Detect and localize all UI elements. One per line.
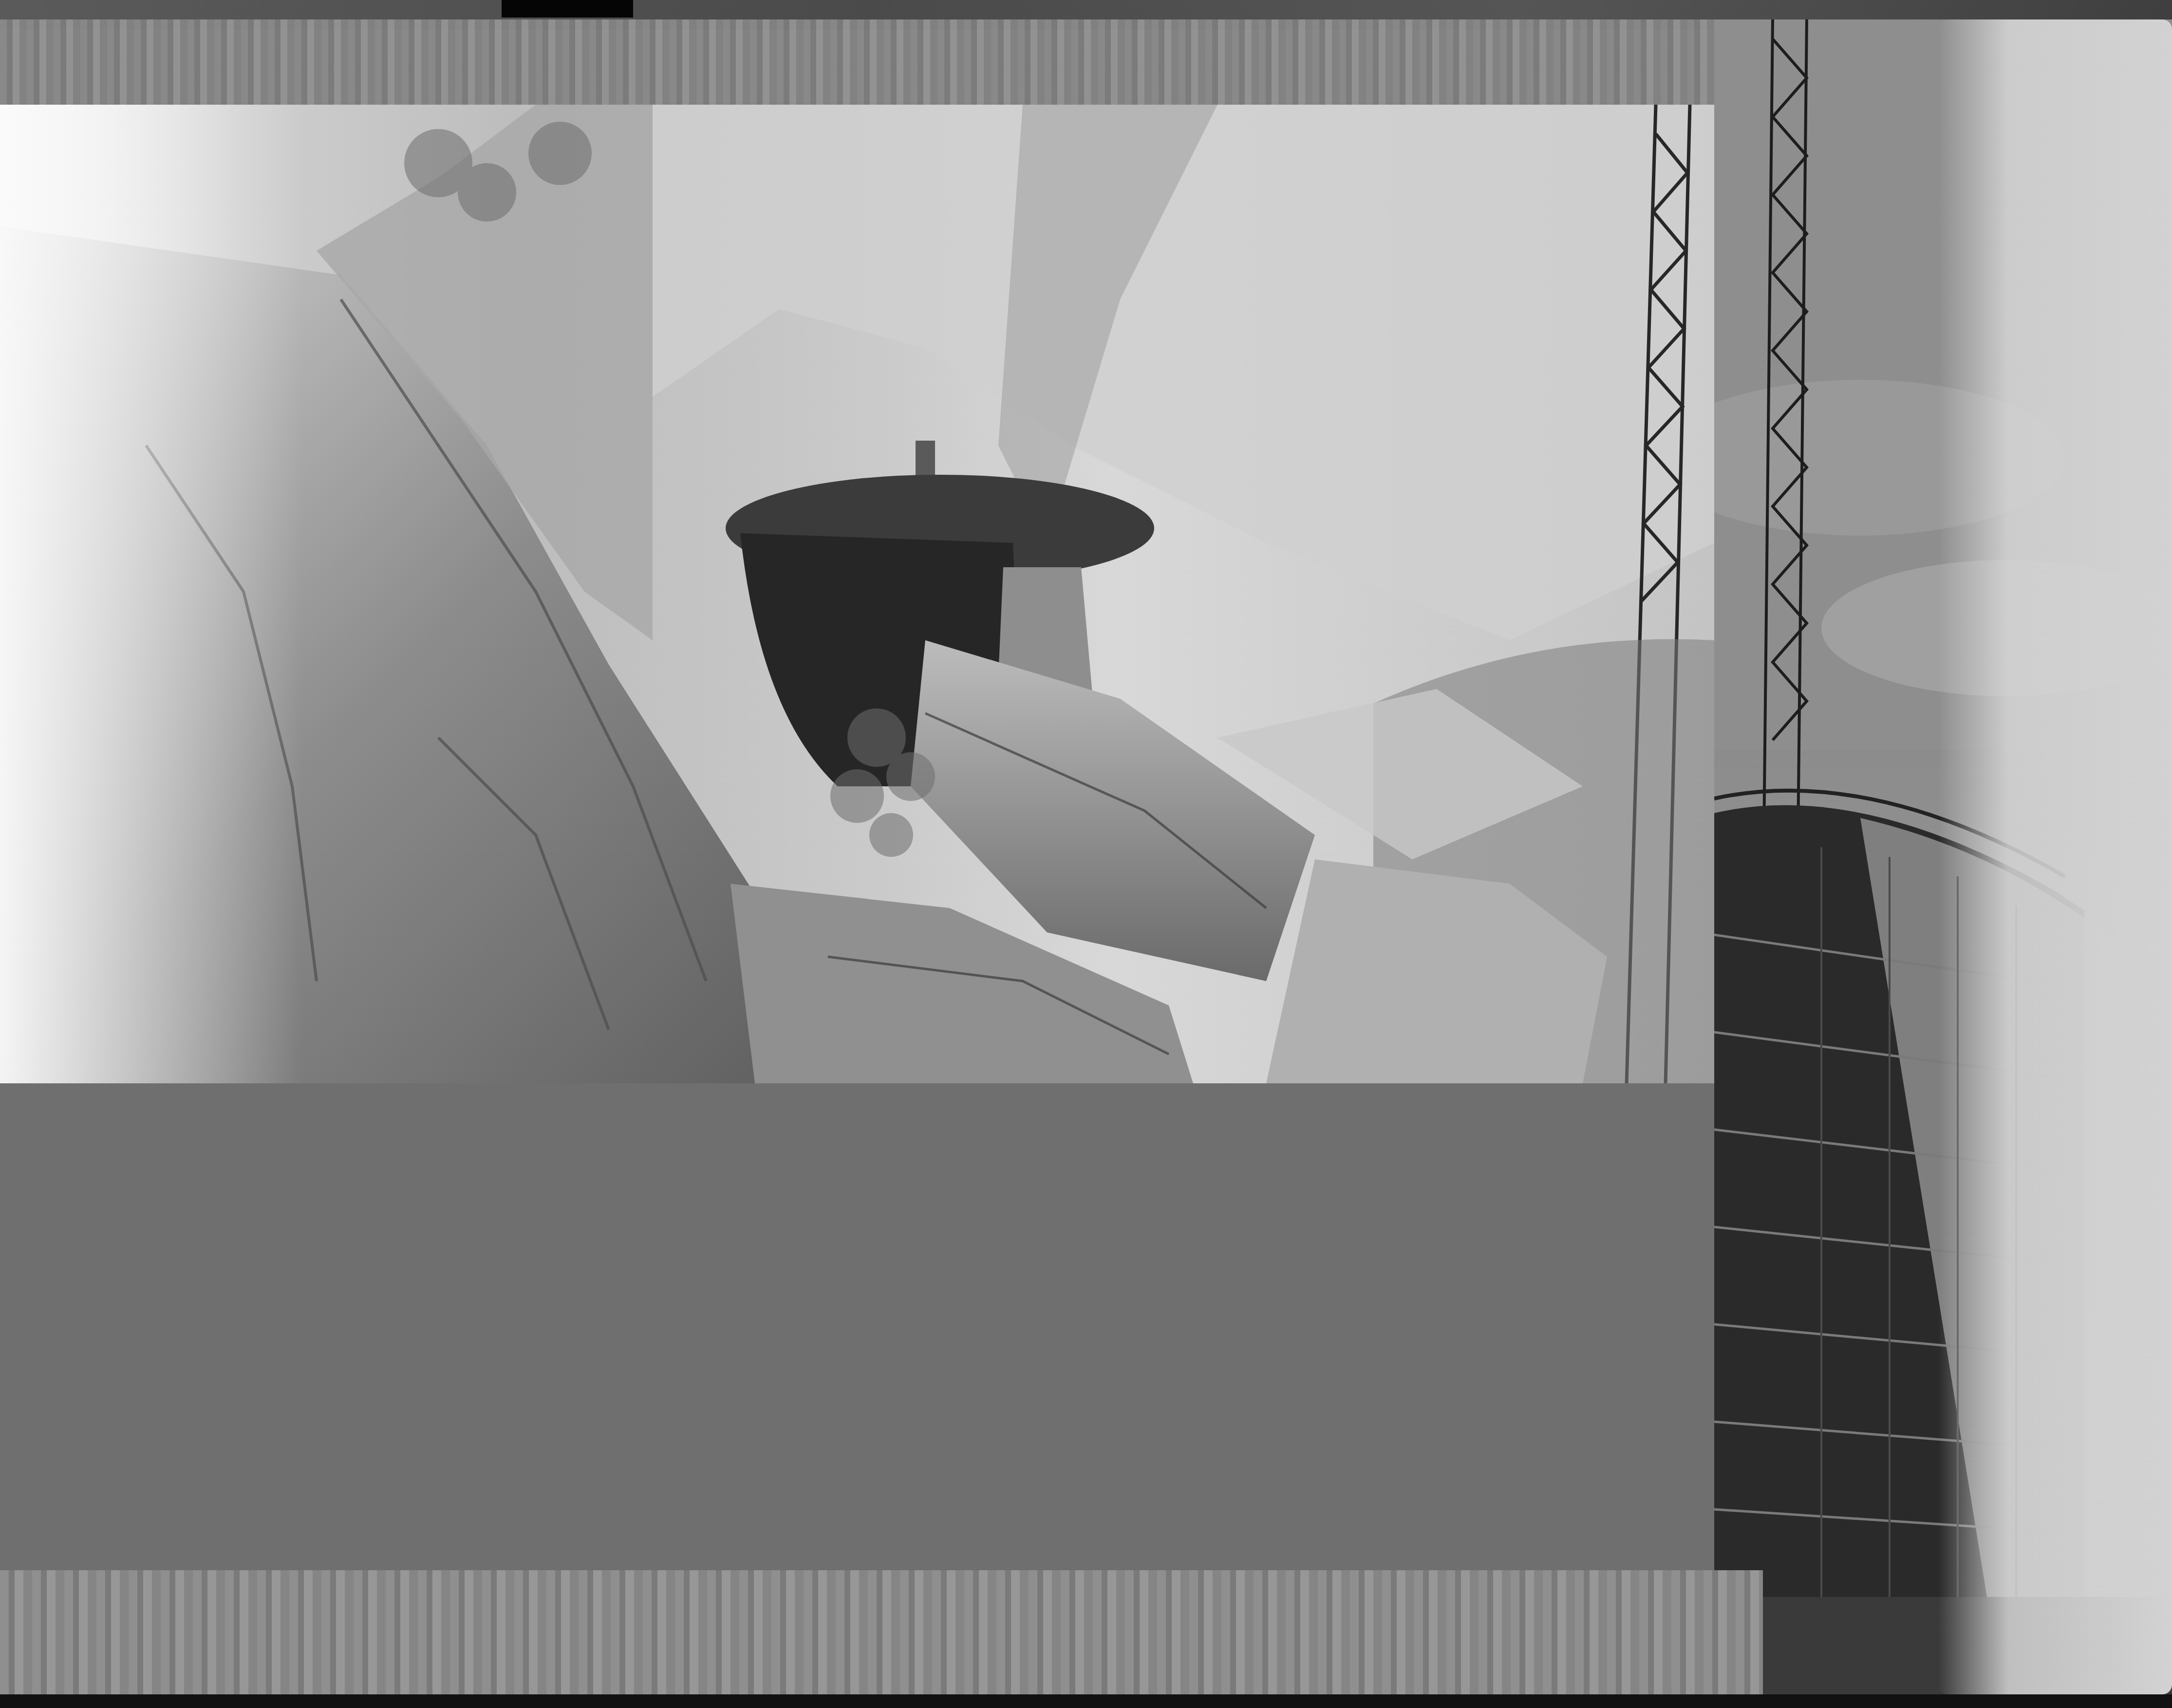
photograph [0, 0, 2172, 1708]
right-light-leak [1938, 19, 2172, 1694]
film-edge-bottom [0, 1694, 2172, 1708]
upper-exposure-strip [0, 19, 1773, 107]
left-light-leak [0, 105, 302, 1083]
lower-exposure-strip [0, 1570, 1763, 1702]
film-notch [502, 0, 633, 18]
